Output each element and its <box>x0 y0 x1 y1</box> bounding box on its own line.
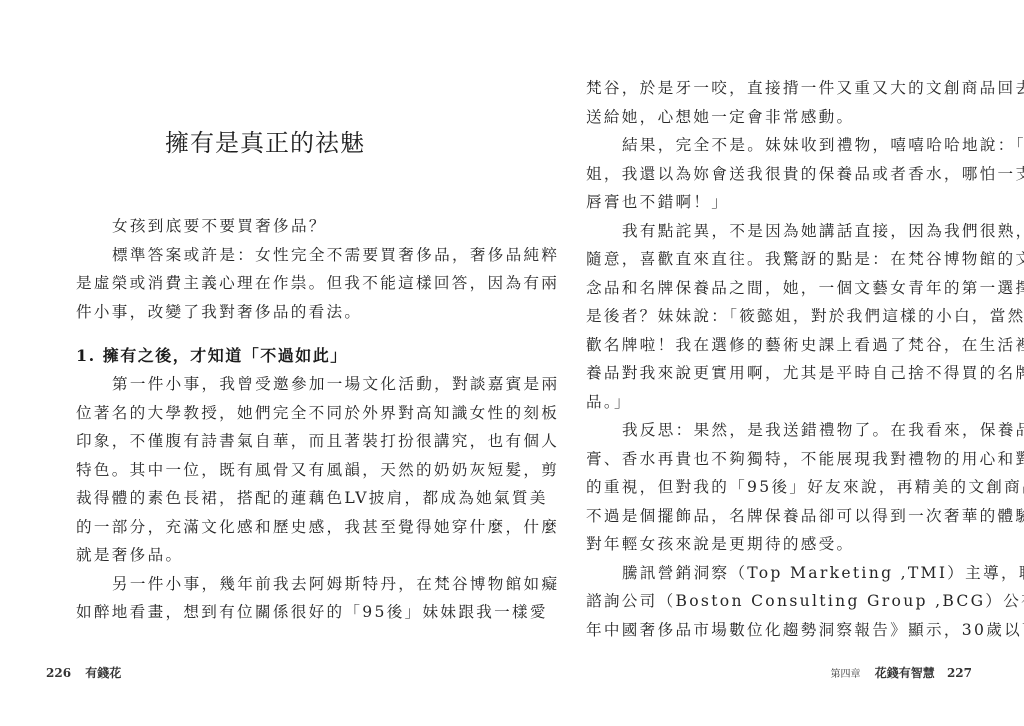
text-line: 養品對我來說更實用啊，尤其是平時自己捨不得買的名牌保養 <box>586 359 948 388</box>
text-line: 女孩到底要不要買奢侈品？ <box>76 212 436 241</box>
text-line: 的重視，但對我的「95後」好友來說，再精美的文創商品也 <box>586 473 948 502</box>
book-title: 有錢花 <box>85 666 121 680</box>
text-line: 件小事，改變了我對奢侈品的看法。 <box>76 298 436 327</box>
text-line: 如醉地看畫，想到有位關係很好的「95後」妹妹跟我一樣愛 <box>76 598 436 627</box>
chapter-label: 第四章 <box>831 669 861 680</box>
text-line: 歡名牌啦！我在選修的藝術史課上看過了梵谷，在生活裡，保 <box>586 331 948 360</box>
text-line: 年中國奢侈品市場數位化趨勢洞察報告》顯示，30歲以下客 <box>586 616 948 645</box>
page-number: 227 <box>947 666 972 680</box>
text-line: 念品和名牌保養品之間，她，一個文藝女青年的第一選擇居然 <box>586 274 948 303</box>
text-line: 另一件小事，幾年前我去阿姆斯特丹，在梵谷博物館如癡 <box>76 570 436 599</box>
right-page-footer: 第四章 花錢有智慧 227 <box>831 664 972 684</box>
text-line: 位著名的大學教授，她們完全不同於外界對高知識女性的刻板 <box>76 399 436 428</box>
left-page-footer: 226 有錢花 <box>46 664 121 682</box>
text-line: 結果，完全不是。妹妹收到禮物，嘻嘻哈哈地說：「筱懿 <box>586 131 948 160</box>
left-page: 擁有是真正的祛魅 女孩到底要不要買奢侈品？ 標準答案或許是：女性完全不需要買奢侈… <box>0 0 512 726</box>
text-line: 對年輕女孩來說是更期待的感受。 <box>586 530 948 559</box>
intro-paragraphs: 女孩到底要不要買奢侈品？ 標準答案或許是：女性完全不需要買奢侈品，奢侈品純粹 是… <box>76 212 436 326</box>
text-line: 隨意，喜歡直來直往。我驚訝的點是：在梵谷博物館的文創紀 <box>586 245 948 274</box>
text-line: 裁得體的素色長裙，搭配的蓮藕色LV披肩，都成為她氣質美 <box>76 484 436 513</box>
chapter-title: 擁有是真正的祛魅 <box>165 128 347 158</box>
text-line: 不過是個擺飾品，名牌保養品卻可以得到一次奢華的體驗。這 <box>586 502 948 531</box>
page-number: 226 <box>46 666 71 680</box>
text-line: 唇膏也不錯啊！」 <box>586 188 948 217</box>
text-line: 我有點詫異，不是因為她講話直接，因為我們很熟，講話也 <box>586 217 948 246</box>
section-body: 第一件小事，我曾受邀參加一場文化活動，對談嘉賓是兩 位著名的大學教授，她們完全不… <box>76 370 436 627</box>
text-line: 特色。其中一位，既有風骨又有風韻，天然的奶奶灰短髮，剪 <box>76 456 436 485</box>
text-line: 的一部分，充滿文化感和歷史感，我甚至覺得她穿什麼，什麼 <box>76 513 436 542</box>
text-line: 品。」 <box>586 388 948 417</box>
text-line: 諮詢公司（Boston Consulting Group ,BCG）公布的《20… <box>586 587 948 616</box>
text-line: 姐，我還以為妳會送我很貴的保養品或者香水，哪怕一支新款 <box>586 160 948 189</box>
text-line: 我反思：果然，是我送錯禮物了。在我看來，保養品、唇 <box>586 416 948 445</box>
right-page: 梵谷，於是牙一咬，直接揹一件又重又大的文創商品回去，想 送給她，心想她一定會非常… <box>512 0 1024 726</box>
text-line: 印象，不僅腹有詩書氣自華，而且著裝打扮很講究，也有個人 <box>76 427 436 456</box>
section-heading: 1. 擁有之後，才知道「不過如此」 <box>76 342 436 371</box>
text-line: 是虛榮或消費主義心理在作祟。但我不能這樣回答，因為有兩 <box>76 269 436 298</box>
running-chapter-title: 花錢有智慧 <box>875 666 935 680</box>
text-line: 第一件小事，我曾受邀參加一場文化活動，對談嘉賓是兩 <box>76 370 436 399</box>
text-line: 騰訊營銷洞察（Top Marketing ,TMI）主導，聯合波士頓 <box>586 559 948 588</box>
text-line: 送給她，心想她一定會非常感動。 <box>586 103 948 132</box>
text-line: 梵谷，於是牙一咬，直接揹一件又重又大的文創商品回去，想 <box>586 74 948 103</box>
text-line: 就是奢侈品。 <box>76 541 436 570</box>
text-line: 是後者？妹妹說：「筱懿姐，對於我們這樣的小白，當然更喜 <box>586 302 948 331</box>
text-line: 標準答案或許是：女性完全不需要買奢侈品，奢侈品純粹 <box>76 241 436 270</box>
text-line: 膏、香水再貴也不夠獨特，不能展現我對禮物的用心和對友情 <box>586 445 948 474</box>
right-page-body: 梵谷，於是牙一咬，直接揹一件又重又大的文創商品回去，想 送給她，心想她一定會非常… <box>586 74 948 644</box>
